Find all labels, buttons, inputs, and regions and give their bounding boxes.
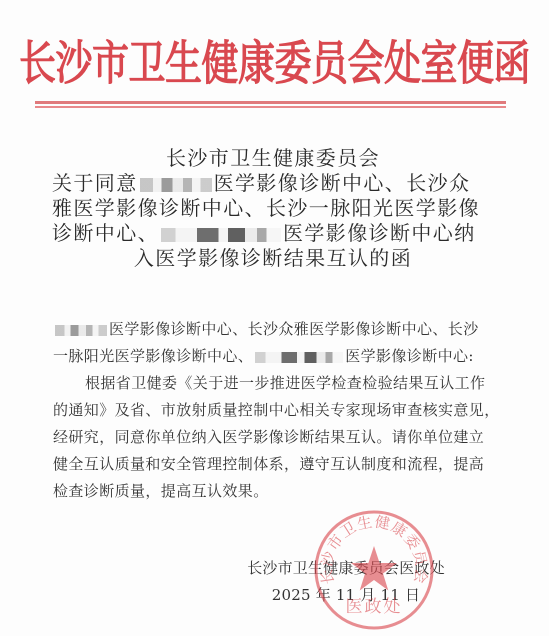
document-page: 长沙市卫生健康委员会处室便函 长沙市卫生健康委员会 关于同意医学影像诊断中心、长… — [0, 0, 549, 636]
redacted-name — [255, 352, 343, 363]
heading-line-5: 入医学影像诊断结果互认的函 — [52, 246, 494, 271]
heading-text: 医学影像诊断中心纳 — [283, 221, 476, 245]
redacted-name — [140, 178, 212, 192]
heading-text: 医学影像诊断中心、长沙众 — [214, 171, 471, 195]
heading-text: 诊断中心、 — [52, 221, 159, 245]
heading-line-3: 雅医学影像诊断中心、长沙一脉阳光医学影像 — [52, 196, 494, 221]
redacted-name — [161, 228, 281, 242]
heading-line-1: 长沙市卫生健康委员会 — [52, 146, 494, 171]
issue-date: 2025 年 11 月 11 日 — [243, 582, 449, 609]
letterhead-title: 长沙市卫生健康委员会处室便函 — [0, 40, 549, 91]
redacted-name — [55, 325, 107, 336]
addressee-line-1: 医学影像诊断中心、长沙众雅医学影像诊断中心、长沙 — [53, 316, 495, 343]
paragraph-line: 检查诊断质量，提高互认效果。 — [53, 478, 495, 505]
signature-block: 长沙市卫生健康委员会医政处 2025 年 11 月 11 日 — [243, 555, 449, 609]
addressee-text: 医学影像诊断中心、长沙众雅医学影像诊断中心、长沙 — [109, 320, 479, 338]
heading-line-4: 诊断中心、医学影像诊断中心纳 — [52, 221, 494, 246]
paragraph-line: 经研究，同意你单位纳入医学影像诊断结果互认。请你单位建立 — [53, 424, 495, 451]
document-body: 医学影像诊断中心、长沙众雅医学影像诊断中心、长沙 一脉阳光医学影像诊断中心、医学… — [53, 316, 495, 505]
addressee-text: 医学影像诊断中心: — [345, 347, 474, 365]
paragraph-line: 根据省卫健委《关于进一步推进医学检查检验结果互认工作 — [53, 370, 495, 397]
paragraph-line: 的通知》及省、市放射质量控制中心相关专家现场审查核实意见， — [53, 397, 495, 424]
addressee-text: 一脉阳光医学影像诊断中心、 — [53, 347, 253, 365]
letterhead-rule-thick — [35, 101, 506, 104]
issuer-name: 长沙市卫生健康委员会医政处 — [243, 555, 449, 582]
letterhead-rule-thin — [35, 106, 506, 108]
document-heading: 长沙市卫生健康委员会 关于同意医学影像诊断中心、长沙众 雅医学影像诊断中心、长沙… — [52, 146, 494, 271]
heading-text: 关于同意 — [52, 171, 138, 195]
heading-line-2: 关于同意医学影像诊断中心、长沙众 — [52, 171, 494, 196]
addressee-line-2: 一脉阳光医学影像诊断中心、医学影像诊断中心: — [53, 343, 495, 370]
paragraph-line: 健全互认质量和安全管理控制体系，遵守互认制度和流程，提高 — [53, 451, 495, 478]
